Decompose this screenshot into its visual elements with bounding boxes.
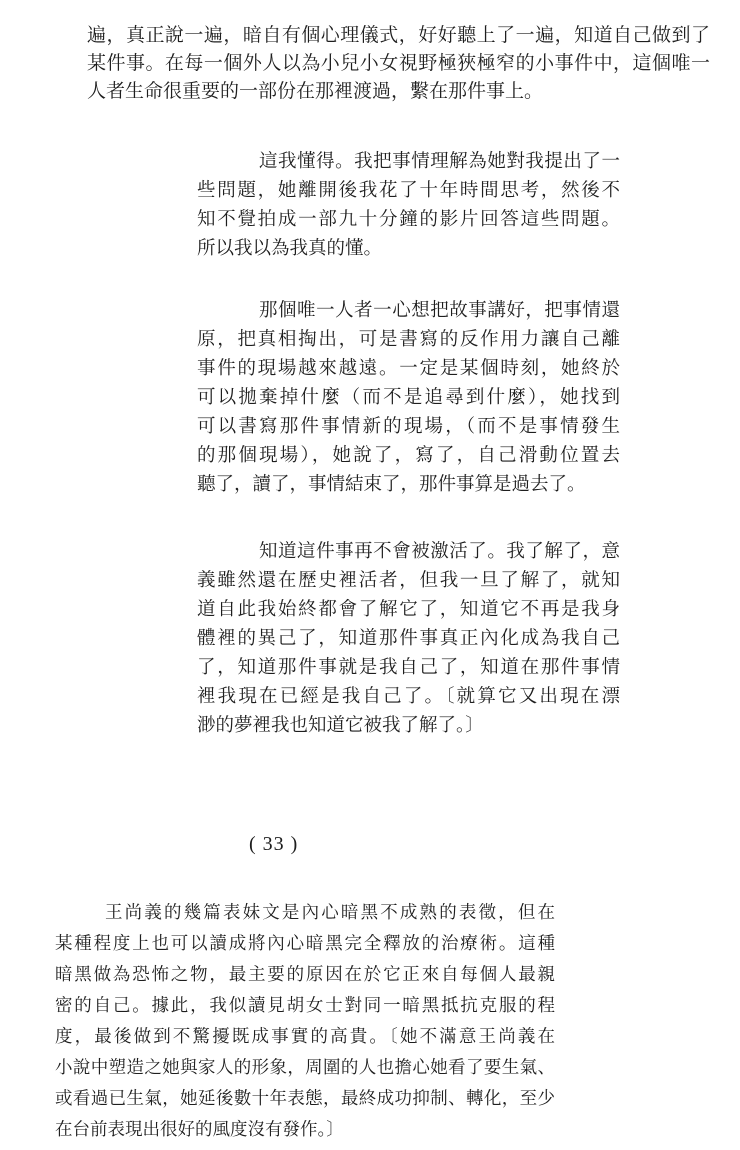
document-page: 遍，真正說一遍，暗自有個心理儀式，好好聽上了一遍，知道自己做到了某件事。在每一個… <box>0 0 740 1150</box>
text-line: 原，把真相掏出，可是書寫的反作用力讓自己離 <box>197 326 620 355</box>
text-line: 這我懂得。我把事情理解為她對我提出了一 <box>197 148 620 177</box>
text-line: 可以拋棄掉什麼（而不是追尋到什麼），她找到 <box>197 384 620 413</box>
text-line: 知不覺拍成一部九十分鐘的影片回答這些問題。 <box>197 206 620 235</box>
text-line: 聽了，讀了，事情結束了，那件事算是過去了。 <box>197 471 620 500</box>
quote-paragraph-1: 這我懂得。我把事情理解為她對我提出了一些問題，她離開後我花了十年時間思考，然後不… <box>197 148 620 264</box>
text-line: 事件的現場越來越遠。一定是某個時刻，她終於 <box>197 355 620 384</box>
text-line: 的那個現場），她說了，寫了，自己滑動位置去 <box>197 442 620 471</box>
paragraph-section-33: 王尚義的幾篇表妹文是內心暗黑不成熟的表徵，但在某種程度上也可以讀成將內心暗黑完全… <box>55 897 555 1145</box>
text-line: 義雖然還在歷史裡活者，但我一旦了解了，就知 <box>197 567 620 596</box>
text-line: 人者生命很重要的一部份在那裡渡過，繫在那件事上。 <box>87 78 710 106</box>
text-line: 王尚義的幾篇表妹文是內心暗黑不成熟的表徵，但在 <box>55 897 555 928</box>
paragraph-top: 遍，真正說一遍，暗自有個心理儀式，好好聽上了一遍，知道自己做到了某件事。在每一個… <box>87 22 710 106</box>
text-line: 體裡的異己了，知道那件事真正內化成為我自己 <box>197 625 620 654</box>
text-line: 那個唯一人者一心想把故事講好，把事情還 <box>197 297 620 326</box>
section-number: ( 33 ) <box>249 833 298 856</box>
text-line: 裡我現在已經是我自己了。〔就算它又出現在漂 <box>197 683 620 712</box>
text-line: 暗黑做為恐怖之物，最主要的原因在於它正來自每個人最親 <box>55 959 555 990</box>
text-line: 可以書寫那件事情新的現場，（而不是事情發生 <box>197 413 620 442</box>
text-line: 某種程度上也可以讀成將內心暗黑完全釋放的治療術。這種 <box>55 928 555 959</box>
text-line: 某件事。在每一個外人以為小兒小女視野極狹極窄的小事件中，這個唯一 <box>87 50 710 78</box>
quote-paragraph-3: 知道這件事再不會被激活了。我了解了，意義雖然還在歷史裡活者，但我一旦了解了，就知… <box>197 538 620 741</box>
text-line: 密的自己。據此，我似讀見胡女士對同一暗黑抵抗克服的程 <box>55 990 555 1021</box>
text-line: 所以我以為我真的懂。 <box>197 235 620 264</box>
text-line: 小說中塑造之她與家人的形象，周圍的人也擔心她看了要生氣、 <box>55 1052 555 1083</box>
text-line: 道自此我始終都會了解它了，知道它不再是我身 <box>197 596 620 625</box>
text-line: 度，最後做到不驚擾既成事實的高貴。〔她不滿意王尚義在 <box>55 1021 555 1052</box>
text-line: 渺的夢裡我也知道它被我了解了。〕 <box>197 712 620 741</box>
text-line: 或看過已生氣，她延後數十年表態，最終成功抑制、轉化，至少 <box>55 1083 555 1114</box>
text-line: 些問題，她離開後我花了十年時間思考，然後不 <box>197 177 620 206</box>
text-line: 知道這件事再不會被激活了。我了解了，意 <box>197 538 620 567</box>
text-line: 遍，真正說一遍，暗自有個心理儀式，好好聽上了一遍，知道自己做到了 <box>87 22 710 50</box>
text-line: 了，知道那件事就是我自己了，知道在那件事情 <box>197 654 620 683</box>
text-line: 在台前表現出很好的風度沒有發作。〕 <box>55 1114 555 1145</box>
quote-paragraph-2: 那個唯一人者一心想把故事講好，把事情還原，把真相掏出，可是書寫的反作用力讓自己離… <box>197 297 620 500</box>
